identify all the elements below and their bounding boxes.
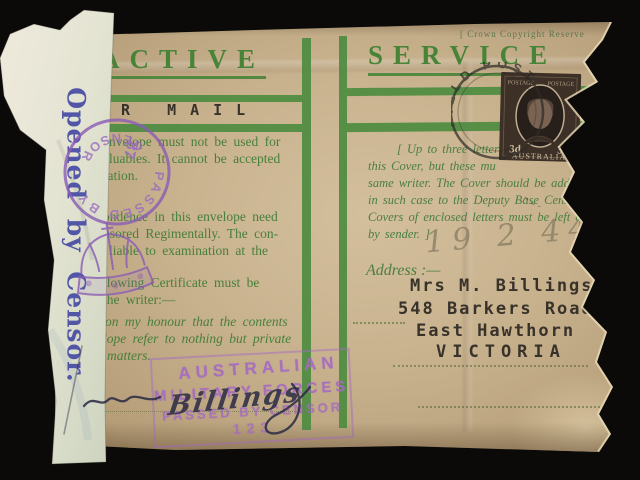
- envelope-scan: ACTIVE SERVICE [ Crown Copyright Reserve…: [0, 0, 640, 480]
- signature-flourish: [0, 0, 640, 480]
